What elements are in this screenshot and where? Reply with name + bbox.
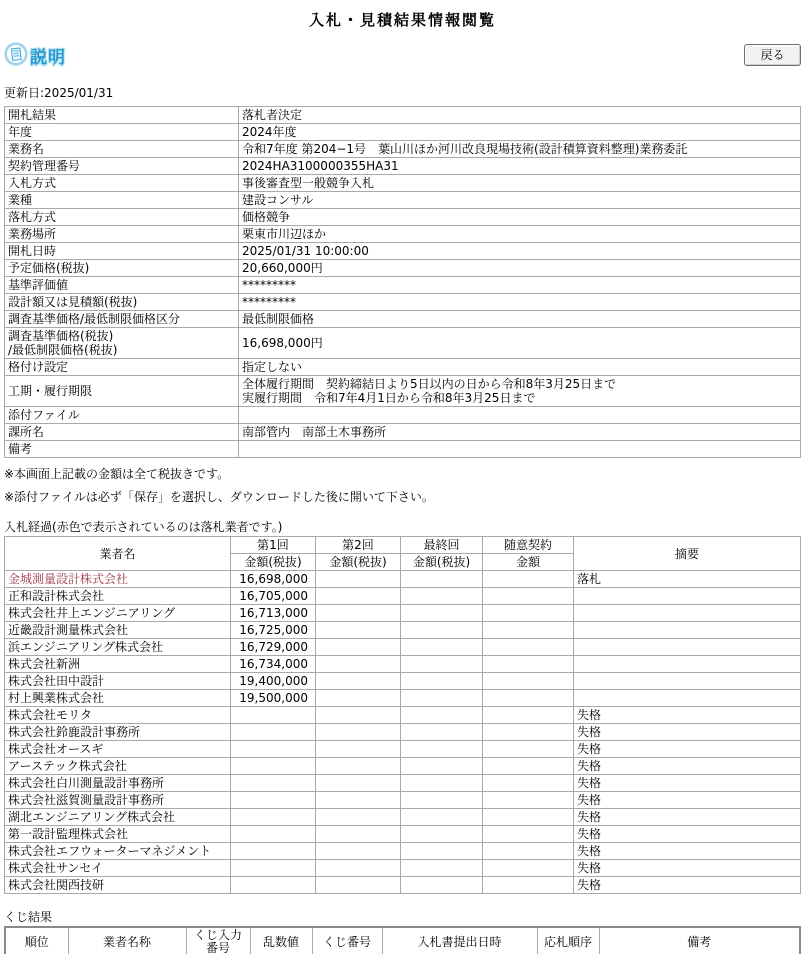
bid-amount	[483, 605, 574, 622]
bid-amount	[483, 809, 574, 826]
bid-header-negotiated: 随意契約	[483, 537, 574, 554]
bid-amount	[401, 741, 483, 758]
details-value: 令和7年度 第204−1号 葉山川ほか河川改良現場技術(設計積算資料整理)業務委…	[239, 141, 801, 158]
bid-amount	[401, 758, 483, 775]
vendor-name: 株式会社モリタ	[5, 707, 231, 724]
bid-amount	[401, 605, 483, 622]
details-label: 業務名	[5, 141, 239, 158]
bid-amount	[316, 792, 401, 809]
bid-amount	[483, 741, 574, 758]
bid-amount	[231, 775, 316, 792]
bid-amount	[483, 758, 574, 775]
bid-row: 株式会社関西技研失格	[5, 877, 801, 894]
bid-header-round1-amount: 金額(税抜)	[231, 554, 316, 571]
bid-header-summary: 摘要	[574, 537, 801, 571]
bid-remark: 失格	[574, 860, 801, 877]
bid-row: 株式会社白川測量設計事務所失格	[5, 775, 801, 792]
bid-amount	[483, 622, 574, 639]
details-label: 年度	[5, 124, 239, 141]
details-value: 南部管内 南部土木事務所	[239, 424, 801, 441]
note-attachment: ※添付ファイルは必ず「保存」を選択し、ダウンロードした後に開いて下さい。	[4, 490, 802, 504]
vendor-name: 第一設計監理株式会社	[5, 826, 231, 843]
vendor-name: 株式会社エフウォーターマネジメント	[5, 843, 231, 860]
bid-amount: 16,698,000	[231, 571, 316, 588]
lottery-header-bid-order: 応札順序	[537, 927, 599, 954]
lottery-header-rank: 順位	[5, 927, 68, 954]
details-row: 開札結果落札者決定	[5, 107, 801, 124]
bid-amount	[483, 860, 574, 877]
bid-amount	[401, 656, 483, 673]
bid-amount	[231, 741, 316, 758]
bid-amount: 19,400,000	[231, 673, 316, 690]
details-value: 全体履行期間 契約締結日より5日以内の日から令和8年3月25日まで 実履行期間 …	[239, 376, 801, 407]
details-value: 最低制限価格	[239, 311, 801, 328]
details-label: 予定価格(税抜)	[5, 260, 239, 277]
details-row: 備考	[5, 441, 801, 458]
details-row: 課所名南部管内 南部土木事務所	[5, 424, 801, 441]
details-label: 業種	[5, 192, 239, 209]
lottery-caption: くじ結果	[4, 910, 802, 924]
bid-row: 第一設計監理株式会社失格	[5, 826, 801, 843]
page: 入札・見積結果情報閲覧 説明 戻る 更新日:2025/01/31 開札結果落札者	[0, 0, 805, 954]
bid-amount	[401, 877, 483, 894]
bid-amount	[483, 877, 574, 894]
vendor-name: 株式会社オースギ	[5, 741, 231, 758]
bid-amount	[483, 639, 574, 656]
details-value: *********	[239, 277, 801, 294]
bid-amount	[483, 792, 574, 809]
details-row: 格付け設定指定しない	[5, 359, 801, 376]
bid-amount	[483, 775, 574, 792]
details-value: 指定しない	[239, 359, 801, 376]
bid-amount	[401, 775, 483, 792]
bid-amount	[316, 809, 401, 826]
bid-remark: 落札	[574, 571, 801, 588]
details-label: 落札方式	[5, 209, 239, 226]
page-title: 入札・見積結果情報閲覧	[3, 9, 802, 30]
lottery-header-input-number: くじ入力番号	[186, 927, 250, 954]
bid-amount	[483, 690, 574, 707]
bid-amount	[316, 775, 401, 792]
bid-amount	[401, 843, 483, 860]
bid-amount: 16,705,000	[231, 588, 316, 605]
bid-row: 株式会社オースギ失格	[5, 741, 801, 758]
bid-row: 株式会社新洲16,734,000	[5, 656, 801, 673]
bid-header-final: 最終回	[401, 537, 483, 554]
details-row: 業種建設コンサル	[5, 192, 801, 209]
details-value: 2025/01/31 10:00:00	[239, 243, 801, 260]
bid-amount	[316, 588, 401, 605]
bid-amount	[316, 639, 401, 656]
bid-amount	[401, 724, 483, 741]
details-row: 契約管理番号2024HA3100000355HA31	[5, 158, 801, 175]
bid-amount	[231, 877, 316, 894]
details-row: 業務名令和7年度 第204−1号 葉山川ほか河川改良現場技術(設計積算資料整理)…	[5, 141, 801, 158]
bid-amount	[316, 673, 401, 690]
result-details-table: 開札結果落札者決定年度2024年度業務名令和7年度 第204−1号 葉山川ほか河…	[4, 106, 801, 458]
bid-amount: 16,713,000	[231, 605, 316, 622]
bid-row: 金城測量設計株式会社16,698,000落札	[5, 571, 801, 588]
details-label: 調査基準価格/最低制限価格区分	[5, 311, 239, 328]
help-button[interactable]: 説明	[4, 42, 66, 69]
details-label: 開札結果	[5, 107, 239, 124]
update-date: 更新日:2025/01/31	[4, 84, 802, 101]
lottery-header-submit-datetime: 入札書提出日時	[382, 927, 537, 954]
details-value: 20,660,000円	[239, 260, 801, 277]
bid-amount	[401, 639, 483, 656]
details-table-body: 開札結果落札者決定年度2024年度業務名令和7年度 第204−1号 葉山川ほか河…	[5, 107, 801, 458]
bid-remark: 失格	[574, 775, 801, 792]
bid-row: 株式会社エフウォーターマネジメント失格	[5, 843, 801, 860]
details-row: 調査基準価格(税抜) /最低制限価格(税抜)16,698,000円	[5, 328, 801, 359]
details-label: 開札日時	[5, 243, 239, 260]
bid-header-round2-amount: 金額(税抜)	[316, 554, 401, 571]
details-label: 備考	[5, 441, 239, 458]
vendor-name: 株式会社滋賀測量設計事務所	[5, 792, 231, 809]
bid-remark: 失格	[574, 741, 801, 758]
details-row: 予定価格(税抜)20,660,000円	[5, 260, 801, 277]
bid-row: 近畿設計測量株式会社16,725,000	[5, 622, 801, 639]
bid-amount	[483, 826, 574, 843]
details-label: 業務場所	[5, 226, 239, 243]
bid-remark	[574, 605, 801, 622]
bid-amount	[316, 707, 401, 724]
bid-amount: 16,725,000	[231, 622, 316, 639]
bid-amount	[483, 571, 574, 588]
bid-amount	[401, 571, 483, 588]
vendor-name: 正和設計株式会社	[5, 588, 231, 605]
bid-remark	[574, 588, 801, 605]
bid-remark: 失格	[574, 826, 801, 843]
bid-table-body: 金城測量設計株式会社16,698,000落札正和設計株式会社16,705,000…	[5, 571, 801, 894]
bid-amount	[316, 741, 401, 758]
details-value: 価格競争	[239, 209, 801, 226]
bid-table-header: 業者名 第1回 第2回 最終回 随意契約 摘要 金額(税抜) 金額(税抜) 金額…	[5, 537, 801, 571]
bid-row: 浜エンジニアリング株式会社16,729,000	[5, 639, 801, 656]
bid-amount	[401, 690, 483, 707]
details-value: 栗東市川辺ほか	[239, 226, 801, 243]
details-row: 落札方式価格競争	[5, 209, 801, 226]
details-row: 基準評価値*********	[5, 277, 801, 294]
details-value: 16,698,000円	[239, 328, 801, 359]
details-label: 添付ファイル	[5, 407, 239, 424]
bid-remark	[574, 690, 801, 707]
toolbar: 説明 戻る	[3, 42, 802, 68]
details-row: 業務場所栗東市川辺ほか	[5, 226, 801, 243]
vendor-name: 株式会社鈴鹿設計事務所	[5, 724, 231, 741]
vendor-name: 株式会社サンセイ	[5, 860, 231, 877]
details-value	[239, 407, 801, 424]
details-label: 契約管理番号	[5, 158, 239, 175]
bid-amount	[483, 724, 574, 741]
details-row: 添付ファイル	[5, 407, 801, 424]
bid-amount	[316, 571, 401, 588]
details-label: 入札方式	[5, 175, 239, 192]
bid-row: 株式会社田中設計19,400,000	[5, 673, 801, 690]
bid-remark: 失格	[574, 843, 801, 860]
details-value	[239, 441, 801, 458]
lottery-header-random-value: 乱数値	[250, 927, 312, 954]
bid-row: 村上興業株式会社19,500,000	[5, 690, 801, 707]
bid-amount	[316, 860, 401, 877]
bid-amount	[316, 843, 401, 860]
bid-row: 株式会社鈴鹿設計事務所失格	[5, 724, 801, 741]
details-value: 事後審査型一般競争入札	[239, 175, 801, 192]
bid-amount	[483, 656, 574, 673]
bid-remark: 失格	[574, 877, 801, 894]
details-row: 調査基準価格/最低制限価格区分最低制限価格	[5, 311, 801, 328]
bid-amount	[316, 605, 401, 622]
bid-row: 株式会社井上エンジニアリング16,713,000	[5, 605, 801, 622]
note-tax: ※本画面上記載の金額は全て税抜きです。	[4, 467, 802, 481]
bid-header-negotiated-amount: 金額	[483, 554, 574, 571]
vendor-name: 株式会社井上エンジニアリング	[5, 605, 231, 622]
bid-header-round2: 第2回	[316, 537, 401, 554]
bid-amount: 16,734,000	[231, 656, 316, 673]
details-value: 建設コンサル	[239, 192, 801, 209]
bid-amount	[401, 826, 483, 843]
details-label: 格付け設定	[5, 359, 239, 376]
bid-amount	[316, 877, 401, 894]
bid-amount	[316, 826, 401, 843]
bid-progress-table: 業者名 第1回 第2回 最終回 随意契約 摘要 金額(税抜) 金額(税抜) 金額…	[4, 536, 801, 894]
bid-row: 株式会社サンセイ失格	[5, 860, 801, 877]
bid-remark	[574, 673, 801, 690]
bid-remark	[574, 639, 801, 656]
details-row: 工期・履行期限全体履行期間 契約締結日より5日以内の日から令和8年3月25日まで…	[5, 376, 801, 407]
bid-row: 株式会社モリタ失格	[5, 707, 801, 724]
lottery-result-table: 順位 業者名称 くじ入力番号 乱数値 くじ番号 入札書提出日時 応札順序 備考	[4, 926, 801, 954]
bid-amount	[231, 792, 316, 809]
vendor-name: 湖北エンジニアリング株式会社	[5, 809, 231, 826]
vendor-name: 株式会社新洲	[5, 656, 231, 673]
bid-amount	[316, 690, 401, 707]
bid-row: 湖北エンジニアリング株式会社失格	[5, 809, 801, 826]
bid-amount	[231, 826, 316, 843]
details-value: 2024HA3100000355HA31	[239, 158, 801, 175]
vendor-name: 株式会社白川測量設計事務所	[5, 775, 231, 792]
bid-amount: 19,500,000	[231, 690, 316, 707]
bid-row: アーステック株式会社失格	[5, 758, 801, 775]
bid-amount	[483, 673, 574, 690]
bid-amount	[231, 724, 316, 741]
bid-header-final-amount: 金額(税抜)	[401, 554, 483, 571]
vendor-name: アーステック株式会社	[5, 758, 231, 775]
bid-remark: 失格	[574, 758, 801, 775]
bid-amount	[401, 622, 483, 639]
details-row: 設計額又は見積額(税抜)*********	[5, 294, 801, 311]
details-label: 設計額又は見積額(税抜)	[5, 294, 239, 311]
bid-remark	[574, 656, 801, 673]
bid-amount	[231, 843, 316, 860]
details-value: 2024年度	[239, 124, 801, 141]
vendor-name: 村上興業株式会社	[5, 690, 231, 707]
details-row: 年度2024年度	[5, 124, 801, 141]
back-button[interactable]: 戻る	[744, 44, 801, 66]
bid-header-round1: 第1回	[231, 537, 316, 554]
bid-remark: 失格	[574, 792, 801, 809]
details-label: 工期・履行期限	[5, 376, 239, 407]
vendor-name: 近畿設計測量株式会社	[5, 622, 231, 639]
help-button-label: 説明	[30, 43, 66, 68]
details-label: 課所名	[5, 424, 239, 441]
lottery-header-lot-number: くじ番号	[312, 927, 382, 954]
bid-remark: 失格	[574, 724, 801, 741]
bid-amount	[316, 622, 401, 639]
lottery-header-remarks: 備考	[599, 927, 800, 954]
bid-remark	[574, 622, 801, 639]
bid-amount: 16,729,000	[231, 639, 316, 656]
bid-amount	[401, 792, 483, 809]
bid-amount	[401, 673, 483, 690]
bid-amount	[231, 860, 316, 877]
document-icon	[4, 42, 28, 69]
bid-amount	[316, 724, 401, 741]
bid-header-vendor: 業者名	[5, 537, 231, 571]
bid-amount	[401, 588, 483, 605]
bid-amount	[316, 656, 401, 673]
lottery-table-header: 順位 業者名称 くじ入力番号 乱数値 くじ番号 入札書提出日時 応札順序 備考	[5, 927, 800, 954]
details-value: *********	[239, 294, 801, 311]
bid-amount	[401, 809, 483, 826]
vendor-name: 浜エンジニアリング株式会社	[5, 639, 231, 656]
bid-amount	[231, 707, 316, 724]
bid-amount	[231, 809, 316, 826]
lottery-header-vendor: 業者名称	[68, 927, 186, 954]
bid-row: 株式会社滋賀測量設計事務所失格	[5, 792, 801, 809]
details-value: 落札者決定	[239, 107, 801, 124]
bid-amount	[483, 588, 574, 605]
bid-amount	[401, 860, 483, 877]
bid-amount	[316, 758, 401, 775]
bid-amount	[401, 707, 483, 724]
bid-amount	[483, 843, 574, 860]
details-label: 基準評価値	[5, 277, 239, 294]
details-label: 調査基準価格(税抜) /最低制限価格(税抜)	[5, 328, 239, 359]
bid-row: 正和設計株式会社16,705,000	[5, 588, 801, 605]
bid-amount	[231, 758, 316, 775]
details-row: 入札方式事後審査型一般競争入札	[5, 175, 801, 192]
vendor-name: 株式会社田中設計	[5, 673, 231, 690]
bid-amount	[483, 707, 574, 724]
vendor-name: 金城測量設計株式会社	[5, 571, 231, 588]
bid-remark: 失格	[574, 707, 801, 724]
details-row: 開札日時2025/01/31 10:00:00	[5, 243, 801, 260]
bid-table-caption: 入札経過(赤色で表示されているのは落札業者です。)	[4, 520, 802, 534]
bid-remark: 失格	[574, 809, 801, 826]
vendor-name: 株式会社関西技研	[5, 877, 231, 894]
